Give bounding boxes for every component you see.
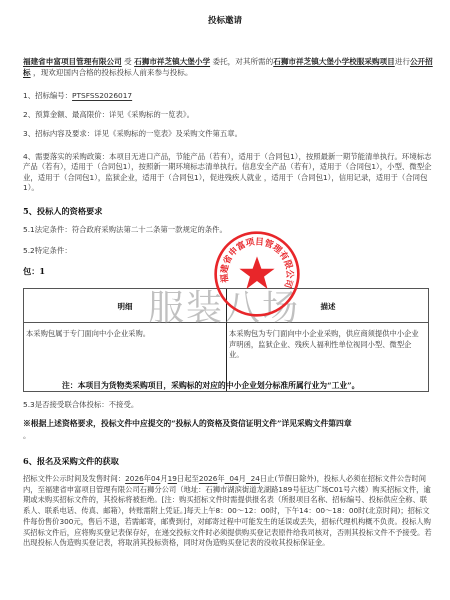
table-header-detail: 明细 [24,301,226,312]
end-month: 04 [225,474,239,483]
agency-name: 福建省申富项目管理有限公司 [23,57,122,66]
section-6-paragraph: 招标文件公示时间及发售时间：2026年04月19日起至2026年 04月 24日… [23,474,433,549]
item-1-label: 1、招标编号： [23,91,72,100]
document-title: 投标邀请 [0,14,450,26]
project-name: 石狮市祥芝镇大堡小学校服采购项目 [273,57,395,66]
intro-text-tail: ，现欢迎国内合格的投标投标人前来参与投标。 [31,68,193,77]
intro-text-jinxing: 进行 [395,57,410,66]
item-3: 3、招标内容及要求：详见《采购标的一览表》及采购文件第五章。 [23,129,433,140]
sale-period-prefix: 招标文件公示时间及发售时间： [23,474,125,483]
svg-text:福建省申富项目管理有限公司: 福建省申富项目管理有限公司 [218,235,296,289]
item-2: 2、预算金额、最高限价：详见《采购标的一览表》。 [23,110,433,121]
start-year: 2026 [125,474,144,483]
table-header-description: 描述 [227,301,429,312]
industry-note: 注：本项目为货物类采购项目，采购标的对应的中小企业划分标准所属行业为“工业”。 [62,380,359,391]
section-6-heading: 6、报名及采购文件的获取 [23,456,119,467]
start-day: 19 [168,474,177,483]
sale-period-body: 日止(节假日除外)，投标人必须在招标文件公告时间内，至福建省申富项目管理有限公司… [23,474,432,547]
package-label: 包：1 [23,266,45,277]
tender-number: PTSFSS2026017 [72,91,132,100]
sale-period-mid: 日起至 [177,474,199,483]
start-month: 04 [151,474,160,483]
section-5-2: 5.2特定条件： [23,246,433,257]
client-name: 石狮市祥芝镇大堡小学 [134,57,210,66]
item-1: 1、招标编号：PTSFSS2026017 [23,91,433,102]
end-day: 24 [246,474,260,483]
table-cell-detail: 本采购包属于专门面向中小企业采购。 [26,329,224,340]
package-table: 明细 描述 本采购包属于专门面向中小企业采购。 本采购包为专门面向中小企业采购，… [23,288,429,392]
intro-paragraph: 福建省申富项目管理有限公司 受 石狮市祥芝镇大堡小学 委托，对其所需的石狮市祥芝… [23,56,433,78]
intro-text-shou: 受 [122,57,134,66]
document-page: 投标邀请 福建省申富项目管理有限公司 受 石狮市祥芝镇大堡小学 委托，对其所需的… [0,0,450,600]
qualification-remark-tail: 。 [23,431,433,442]
end-year: 2026 [199,474,218,483]
qualification-remark: ※根据上述资格要求，投标文件中应提交的“投标人的资格及资信证明文件”详见采购文件… [23,418,352,429]
intro-text-weituo: 委托，对其所需的 [210,57,273,66]
table-cell-description: 本采购包为专门面向中小企业采购，供应商须提供中小企业声明函，监狱企业、残疾人福利… [229,329,425,361]
section-5-1: 5.1法定条件：符合政府采购法第二十二条第一款规定的条件。 [23,225,433,236]
section-5-3: 5.3是否接受联合体投标：不接受。 [23,400,433,411]
section-5-heading: 5、投标人的资格要求 [23,206,102,217]
item-4: 4、需要落实的采购政策：本项目无进口产品，节能产品（若有），适用于（合同包1），… [23,152,433,193]
